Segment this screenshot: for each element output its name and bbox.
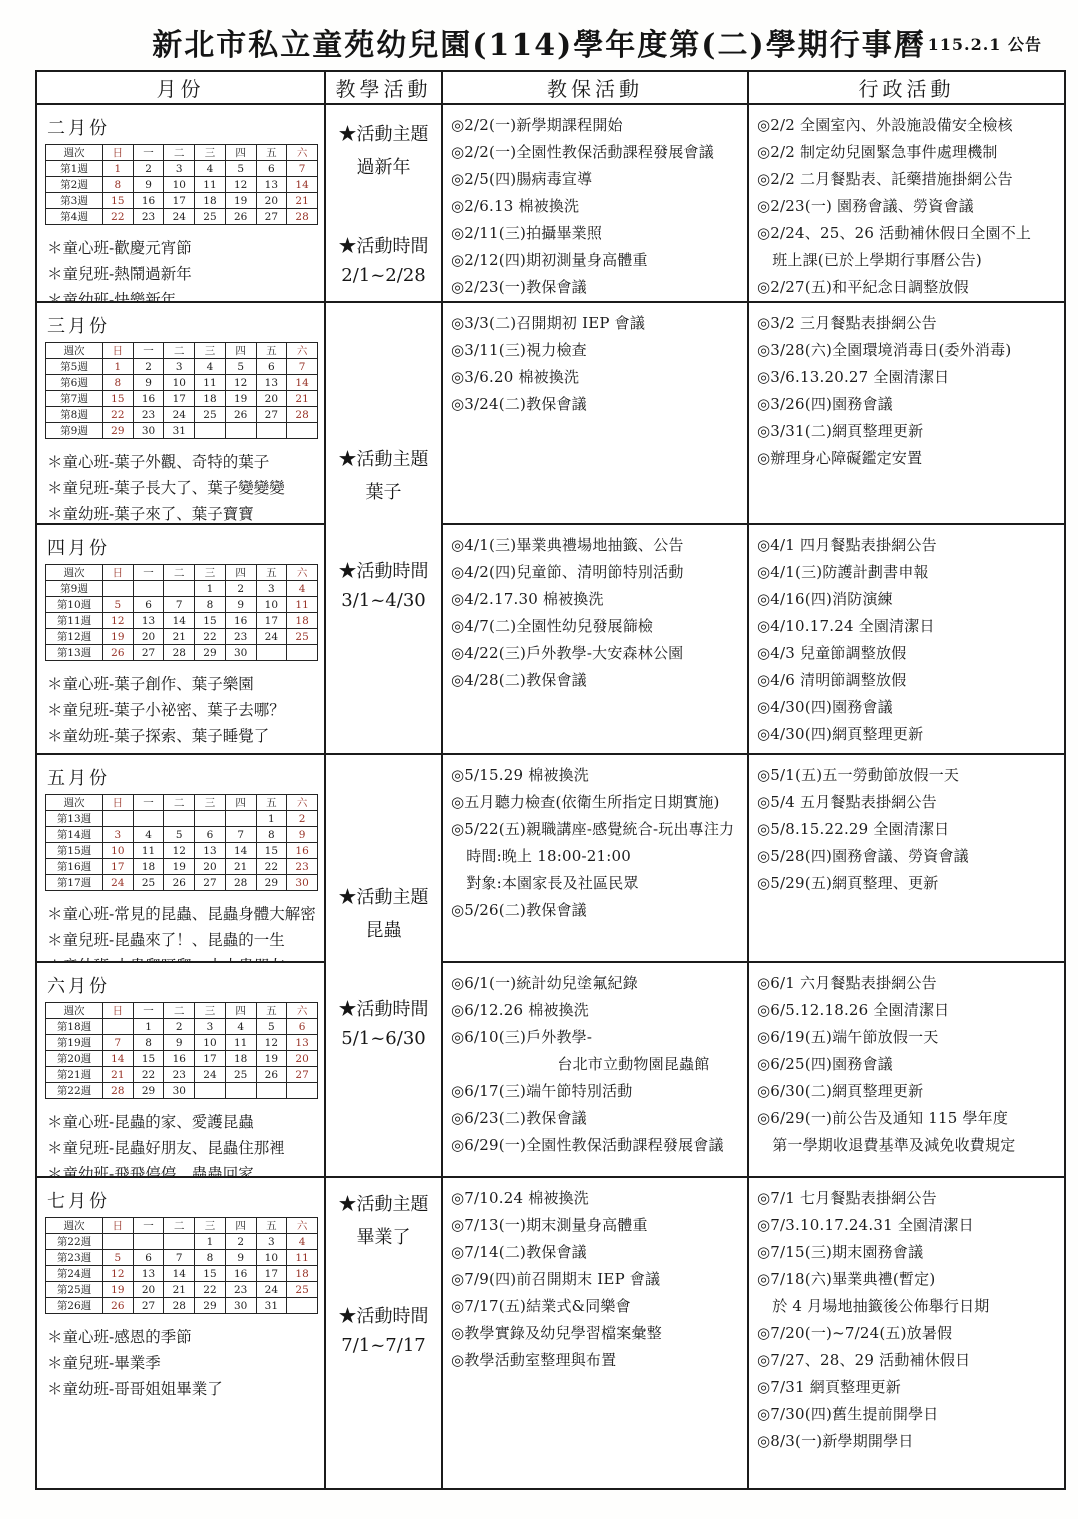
admin-activity-item: ◎辦理身心障礙鑑定安置	[757, 445, 1061, 472]
mini-calendar-header-row: 週次日一二三四五六	[46, 1003, 318, 1019]
mini-calendar: 週次日一二三四五六第5週1234567第6週891011121314第7週151…	[45, 342, 318, 439]
day-column-header: 六	[287, 565, 318, 581]
care-activity-item: ◎3/24(二)教保會議	[451, 391, 744, 418]
calendar-day	[133, 581, 164, 597]
calendar-day: 12	[164, 843, 195, 859]
teaching-activity-cell: ★活動主題過新年★活動時間2/1~2/28	[326, 105, 443, 303]
day-column-header: 三	[195, 1003, 226, 1019]
calendar-day: 18	[287, 1266, 318, 1282]
calendar-week-row: 第9週293031	[46, 423, 318, 439]
day-column-header: 三	[195, 795, 226, 811]
month-name: 四月份	[47, 534, 317, 560]
month-name: 六月份	[47, 972, 317, 998]
calendar-day: 26	[225, 209, 256, 225]
class-theme-note: ＊童兒班-熱鬧過新年	[47, 261, 317, 287]
calendar-week-row: 第12週19202122232425	[46, 629, 318, 645]
teaching-activity-cell: ★活動主題畢業了★活動時間7/1~7/17	[326, 1178, 443, 1488]
calendar-day	[164, 811, 195, 827]
calendar-day: 28	[225, 875, 256, 891]
day-column-header: 二	[164, 343, 195, 359]
activity-theme-label: ★活動主題	[339, 120, 429, 146]
calendar-week-row: 第14週3456789	[46, 827, 318, 843]
calendar-day: 6	[195, 827, 226, 843]
calendar-day: 3	[256, 1234, 287, 1250]
calendar-day: 8	[256, 827, 287, 843]
calendar-day: 31	[164, 423, 195, 439]
calendar-day: 17	[195, 1051, 226, 1067]
day-column-header: 一	[133, 1003, 164, 1019]
calendar-day: 9	[287, 827, 318, 843]
calendar-day: 11	[225, 1035, 256, 1051]
calendar-day: 18	[133, 859, 164, 875]
class-theme-note: ＊童幼班-小蟲爬呀爬、小小蟲朋友	[47, 953, 317, 963]
calendar-day: 10	[256, 597, 287, 613]
calendar-day: 18	[195, 193, 226, 209]
admin-activities-cell: ◎7/1 七月餐點表掛網公告◎7/3.10.17.24.31 全園清潔日◎7/1…	[749, 1178, 1064, 1488]
calendar-day: 4	[225, 1019, 256, 1035]
calendar-day: 28	[164, 1298, 195, 1314]
week-label: 第13週	[46, 645, 103, 661]
calendar-day: 22	[133, 1067, 164, 1083]
class-theme-note: ＊童幼班-葉子來了、葉子寶寶	[47, 501, 317, 525]
day-column-header: 四	[225, 1218, 256, 1234]
calendar-day: 16	[164, 1051, 195, 1067]
calendar-day: 9	[225, 597, 256, 613]
calendar-day: 28	[164, 645, 195, 661]
calendar-day: 24	[164, 407, 195, 423]
calendar-week-row: 第15週10111213141516	[46, 843, 318, 859]
class-theme-note: ＊童幼班-葉子探索、葉子睡覺了	[47, 723, 317, 749]
admin-activity-item: ◎7/1 七月餐點表掛網公告	[757, 1185, 1061, 1212]
care-activity-item: ◎3/6.20 棉被換洗	[451, 364, 744, 391]
day-column-header: 日	[103, 343, 134, 359]
calendar-day	[225, 811, 256, 827]
admin-activities-cell: ◎3/2 三月餐點表掛網公告◎3/28(六)全園環境消毒日(委外消毒)◎3/6.…	[749, 303, 1064, 525]
care-activity-item: ◎2/12(四)期初測量身高體重	[451, 247, 744, 274]
week-label: 第25週	[46, 1282, 103, 1298]
class-theme-note: ＊童兒班-昆蟲好朋友、昆蟲住那裡	[47, 1135, 317, 1161]
calendar-day: 2	[164, 1019, 195, 1035]
calendar-day: 14	[287, 177, 318, 193]
calendar-day	[103, 1019, 134, 1035]
calendar-day	[103, 811, 134, 827]
calendar-week-row: 第2週891011121314	[46, 177, 318, 193]
day-column-header: 六	[287, 1218, 318, 1234]
calendar-week-row: 第9週1234	[46, 581, 318, 597]
day-column-header: 日	[103, 145, 134, 161]
activity-theme-label: ★活動主題	[339, 883, 429, 909]
calendar-day	[225, 1083, 256, 1099]
calendar-day: 11	[133, 843, 164, 859]
calendar-day: 4	[195, 161, 226, 177]
calendar-day: 25	[225, 1067, 256, 1083]
admin-activity-item: ◎4/1(三)防護計劃書申報	[757, 559, 1061, 586]
calendar-day: 15	[103, 391, 134, 407]
calendar-day: 7	[287, 359, 318, 375]
class-theme-notes: ＊童心班-葉子外觀、奇特的葉子＊童兒班-葉子長大了、葉子變變變＊童幼班-葉子來了…	[47, 449, 317, 525]
calendar-week-row: 第22週1234	[46, 1234, 318, 1250]
admin-activity-item: ◎5/8.15.22.29 全園清潔日	[757, 816, 1061, 843]
calendar-week-row: 第13週12	[46, 811, 318, 827]
day-column-header: 六	[287, 145, 318, 161]
care-activities-cell: ◎6/1(一)統計幼兒塗氟紀錄◎6/12.26 棉被換洗◎6/10(三)戶外教學…	[443, 963, 749, 1178]
activity-time-label: ★活動時間	[339, 232, 429, 258]
week-column-header: 週次	[46, 565, 103, 581]
week-label: 第23週	[46, 1250, 103, 1266]
calendar-week-row: 第21週21222324252627	[46, 1067, 318, 1083]
care-activity-item: ◎7/14(二)教保會議	[451, 1239, 744, 1266]
day-column-header: 一	[133, 1218, 164, 1234]
calendar-day: 26	[225, 407, 256, 423]
class-theme-note: ＊童心班-常見的昆蟲、昆蟲身體大解密	[47, 901, 317, 927]
care-activity-item: ◎教學活動室整理與布置	[451, 1347, 744, 1374]
care-activity-item: ◎2/23(一)教保會議	[451, 274, 744, 301]
calendar-day: 4	[195, 359, 226, 375]
care-activities-cell: ◎2/2(一)新學期課程開始◎2/2(一)全園性教保活動課程發展會議◎2/5(四…	[443, 105, 749, 303]
month-name: 二月份	[47, 114, 317, 140]
calendar-day: 27	[133, 1298, 164, 1314]
calendar-day: 1	[195, 581, 226, 597]
admin-activity-item: ◎7/27、28、29 活動補休假日	[757, 1347, 1061, 1374]
mini-calendar-header-row: 週次日一二三四五六	[46, 1218, 318, 1234]
week-label: 第9週	[46, 423, 103, 439]
activity-theme-value: 過新年	[357, 153, 411, 179]
day-column-header: 日	[103, 565, 134, 581]
class-theme-notes: ＊童心班-昆蟲的家、愛護昆蟲＊童兒班-昆蟲好朋友、昆蟲住那裡＊童幼班-飛飛停停、…	[47, 1109, 317, 1178]
schedule-table: 月份 教學活動 教保活動 行政活動 二月份週次日一二三四五六第1週1234567…	[35, 70, 1066, 1490]
calendar-day: 3	[195, 1019, 226, 1035]
calendar-day: 20	[256, 391, 287, 407]
column-header-care: 教保活動	[443, 72, 749, 105]
day-column-header: 六	[287, 1003, 318, 1019]
calendar-week-row: 第7週15161718192021	[46, 391, 318, 407]
week-column-header: 週次	[46, 145, 103, 161]
calendar-day: 16	[133, 391, 164, 407]
calendar-day: 28	[103, 1083, 134, 1099]
day-column-header: 六	[287, 343, 318, 359]
admin-activity-item: ◎2/2 二月餐點表、託藥措施掛網公告	[757, 166, 1061, 193]
calendar-day: 30	[287, 875, 318, 891]
calendar-day: 31	[256, 1298, 287, 1314]
day-column-header: 五	[256, 565, 287, 581]
calendar-day: 1	[103, 161, 134, 177]
admin-activity-item: ◎6/5.12.18.26 全園清潔日	[757, 997, 1061, 1024]
calendar-day: 23	[133, 209, 164, 225]
day-column-header: 五	[256, 795, 287, 811]
calendar-week-row: 第24週12131415161718	[46, 1266, 318, 1282]
class-theme-notes: ＊童心班-葉子創作、葉子樂園＊童兒班-葉子小祕密、葉子去哪？＊童幼班-葉子探索、…	[47, 671, 317, 749]
calendar-day: 14	[287, 375, 318, 391]
day-column-header: 六	[287, 795, 318, 811]
calendar-day: 18	[225, 1051, 256, 1067]
calendar-day: 1	[256, 811, 287, 827]
admin-activities-cell: ◎6/1 六月餐點表掛網公告◎6/5.12.18.26 全園清潔日◎6/19(五…	[749, 963, 1064, 1178]
calendar-day: 30	[133, 423, 164, 439]
week-label: 第7週	[46, 391, 103, 407]
calendar-day: 15	[195, 613, 226, 629]
day-column-header: 五	[256, 343, 287, 359]
calendar-week-row: 第17週24252627282930	[46, 875, 318, 891]
calendar-day: 4	[287, 581, 318, 597]
admin-activity-item: 第一學期收退費基準及減免收費規定	[757, 1132, 1061, 1159]
calendar-day: 27	[195, 875, 226, 891]
calendar-day: 24	[164, 209, 195, 225]
calendar-day: 9	[225, 1250, 256, 1266]
calendar-week-row: 第25週19202122232425	[46, 1282, 318, 1298]
week-column-header: 週次	[46, 1003, 103, 1019]
day-column-header: 二	[164, 1003, 195, 1019]
admin-activity-item: ◎3/26(四)園務會議	[757, 391, 1061, 418]
calendar-day: 22	[256, 859, 287, 875]
calendar-day: 26	[164, 875, 195, 891]
calendar-day: 9	[133, 375, 164, 391]
column-header-teaching: 教學活動	[326, 72, 443, 105]
care-activity-item: ◎6/10(三)戶外教學-	[451, 1024, 744, 1051]
admin-activities-cell: ◎4/1 四月餐點表掛網公告◎4/1(三)防護計劃書申報◎4/16(四)消防演練…	[749, 525, 1064, 755]
calendar-day	[164, 1234, 195, 1250]
admin-activity-item: ◎3/31(二)網頁整理更新	[757, 418, 1061, 445]
class-theme-note: ＊童幼班-哥哥姐姐畢業了	[47, 1376, 317, 1402]
care-activity-item: ◎6/1(一)統計幼兒塗氟紀錄	[451, 970, 744, 997]
day-column-header: 二	[164, 795, 195, 811]
calendar-day: 29	[195, 645, 226, 661]
calendar-day: 19	[103, 1282, 134, 1298]
care-activity-item: ◎7/13(一)期末測量身高體重	[451, 1212, 744, 1239]
calendar-day: 5	[225, 161, 256, 177]
calendar-day: 21	[164, 629, 195, 645]
week-label: 第9週	[46, 581, 103, 597]
calendar-day: 13	[256, 177, 287, 193]
care-activity-item: ◎4/2.17.30 棉被換洗	[451, 586, 744, 613]
week-label: 第1週	[46, 161, 103, 177]
week-label: 第13週	[46, 811, 103, 827]
class-theme-note: ＊童心班-昆蟲的家、愛護昆蟲	[47, 1109, 317, 1135]
activity-time-label: ★活動時間	[339, 1302, 429, 1328]
calendar-day: 4	[287, 1234, 318, 1250]
week-label: 第15週	[46, 843, 103, 859]
admin-activities-cell: ◎5/1(五)五一勞動節放假一天◎5/4 五月餐點表掛網公告◎5/8.15.22…	[749, 755, 1064, 963]
care-activity-item: ◎教學實錄及幼兒學習檔案彙整	[451, 1320, 744, 1347]
calendar-day: 12	[225, 177, 256, 193]
calendar-day	[256, 423, 287, 439]
calendar-day: 3	[164, 161, 195, 177]
week-label: 第16週	[46, 859, 103, 875]
care-activity-item: ◎2/2(一)新學期課程開始	[451, 112, 744, 139]
week-column-header: 週次	[46, 343, 103, 359]
activity-theme-value: 昆蟲	[366, 916, 402, 942]
admin-activity-item: ◎6/25(四)園務會議	[757, 1051, 1061, 1078]
week-label: 第2週	[46, 177, 103, 193]
calendar-day: 6	[133, 597, 164, 613]
calendar-day	[287, 1298, 318, 1314]
class-theme-note: ＊童幼班-飛飛停停、蟲蟲回家	[47, 1161, 317, 1178]
week-label: 第10週	[46, 597, 103, 613]
week-label: 第11週	[46, 613, 103, 629]
calendar-day: 24	[256, 1282, 287, 1298]
week-label: 第8週	[46, 407, 103, 423]
care-activity-item: ◎4/2(四)兒童節、清明節特別活動	[451, 559, 744, 586]
calendar-day: 23	[225, 1282, 256, 1298]
day-column-header: 四	[225, 795, 256, 811]
care-activity-item: ◎4/22(三)戶外教學-大安森林公園	[451, 640, 744, 667]
care-activity-item: 台北市立動物園昆蟲館	[451, 1051, 744, 1078]
calendar-day: 20	[133, 1282, 164, 1298]
admin-activity-item: ◎7/18(六)畢業典禮(暫定)	[757, 1266, 1061, 1293]
class-theme-note: ＊童心班-葉子外觀、奇特的葉子	[47, 449, 317, 475]
care-activities-cell: ◎5/15.29 棉被換洗◎五月聽力檢查(依衛生所指定日期實施)◎5/22(五)…	[443, 755, 749, 963]
admin-activity-item: ◎7/20(一)~7/24(五)放暑假	[757, 1320, 1061, 1347]
calendar-day: 2	[225, 1234, 256, 1250]
admin-activity-item: 於 4 月場地抽籤後公佈舉行日期	[757, 1293, 1061, 1320]
mini-calendar: 週次日一二三四五六第13週12第14週3456789第15週1011121314…	[45, 794, 318, 891]
month-cell: 二月份週次日一二三四五六第1週1234567第2週891011121314第3週…	[37, 105, 326, 303]
calendar-day: 7	[287, 161, 318, 177]
care-activity-item: ◎6/23(二)教保會議	[451, 1105, 744, 1132]
calendar-day: 2	[133, 359, 164, 375]
page-title: 新北市私立童苑幼兒園(114)學年度第(二)學期行事曆	[0, 20, 1078, 64]
admin-activities-cell: ◎2/2 全園室內、外設施設備安全檢核◎2/2 制定幼兒園緊急事件處理機制◎2/…	[749, 105, 1064, 303]
calendar-day: 3	[103, 827, 134, 843]
calendar-day: 10	[164, 177, 195, 193]
calendar-day: 27	[133, 645, 164, 661]
activity-time-label: ★活動時間	[339, 995, 429, 1021]
calendar-day: 6	[256, 161, 287, 177]
calendar-day: 17	[164, 391, 195, 407]
calendar-day: 28	[287, 209, 318, 225]
class-theme-notes: ＊童心班-感恩的季節＊童兒班-畢業季＊童幼班-哥哥姐姐畢業了	[47, 1324, 317, 1402]
calendar-day: 8	[103, 375, 134, 391]
day-column-header: 一	[133, 145, 164, 161]
calendar-day: 29	[256, 875, 287, 891]
calendar-day: 4	[133, 827, 164, 843]
admin-activity-item: ◎7/3.10.17.24.31 全園清潔日	[757, 1212, 1061, 1239]
calendar-day: 26	[103, 1298, 134, 1314]
day-column-header: 四	[225, 1003, 256, 1019]
activity-theme-label: ★活動主題	[339, 1190, 429, 1216]
calendar-day: 23	[133, 407, 164, 423]
day-column-header: 五	[256, 1218, 287, 1234]
calendar-day: 24	[103, 875, 134, 891]
calendar-day: 21	[164, 1282, 195, 1298]
admin-activity-item: ◎5/1(五)五一勞動節放假一天	[757, 762, 1061, 789]
day-column-header: 日	[103, 1003, 134, 1019]
calendar-day: 5	[103, 1250, 134, 1266]
admin-activity-item: ◎4/10.17.24 全園清潔日	[757, 613, 1061, 640]
calendar-week-row: 第22週282930	[46, 1083, 318, 1099]
calendar-day	[103, 1234, 134, 1250]
admin-activity-item: ◎5/28(四)園務會議、勞資會議	[757, 843, 1061, 870]
admin-activity-item: ◎4/16(四)消防演練	[757, 586, 1061, 613]
calendar-day: 22	[195, 629, 226, 645]
calendar-day: 18	[195, 391, 226, 407]
calendar-day: 27	[287, 1067, 318, 1083]
calendar-day: 26	[103, 645, 134, 661]
calendar-day: 15	[103, 193, 134, 209]
calendar-day: 16	[225, 613, 256, 629]
week-label: 第26週	[46, 1298, 103, 1314]
calendar-day: 25	[287, 1282, 318, 1298]
calendar-week-row: 第26週262728293031	[46, 1298, 318, 1314]
calendar-day: 26	[256, 1067, 287, 1083]
calendar-day: 8	[195, 1250, 226, 1266]
care-activity-item: ◎5/15.29 棉被換洗	[451, 762, 744, 789]
class-theme-note: ＊童兒班-昆蟲來了！、昆蟲的一生	[47, 927, 317, 953]
calendar-week-row: 第6週891011121314	[46, 375, 318, 391]
day-column-header: 三	[195, 565, 226, 581]
mini-calendar-header-row: 週次日一二三四五六	[46, 795, 318, 811]
calendar-day: 30	[225, 645, 256, 661]
calendar-day: 14	[164, 613, 195, 629]
admin-activity-item: ◎6/19(五)端午節放假一天	[757, 1024, 1061, 1051]
calendar-day: 11	[287, 597, 318, 613]
week-label: 第18週	[46, 1019, 103, 1035]
calendar-week-row: 第1週1234567	[46, 161, 318, 177]
admin-activity-item: ◎4/30(四)網頁整理更新	[757, 721, 1061, 748]
mini-calendar: 週次日一二三四五六第1週1234567第2週891011121314第3週151…	[45, 144, 318, 225]
mini-calendar: 週次日一二三四五六第18週123456第19週78910111213第20週14…	[45, 1002, 318, 1099]
admin-activity-item: ◎7/15(三)期末園務會議	[757, 1239, 1061, 1266]
day-column-header: 一	[133, 795, 164, 811]
calendar-day	[195, 423, 226, 439]
month-name: 三月份	[47, 312, 317, 338]
calendar-day: 10	[256, 1250, 287, 1266]
calendar-day: 27	[256, 209, 287, 225]
care-activity-item: 對象:本園家長及社區民眾	[451, 870, 744, 897]
calendar-day: 2	[287, 811, 318, 827]
month-name: 七月份	[47, 1187, 317, 1213]
calendar-day: 14	[103, 1051, 134, 1067]
calendar-day: 29	[103, 423, 134, 439]
class-theme-notes: ＊童心班-歡慶元宵節＊童兒班-熱鬧過新年＊童幼班-快樂新年	[47, 235, 317, 303]
calendar-day: 7	[225, 827, 256, 843]
calendar-day: 12	[225, 375, 256, 391]
calendar-day	[287, 423, 318, 439]
admin-activity-item: ◎2/24、25、26 活動補休假日全園不上	[757, 220, 1061, 247]
calendar-day: 6	[133, 1250, 164, 1266]
calendar-day: 19	[225, 391, 256, 407]
calendar-week-row: 第5週1234567	[46, 359, 318, 375]
calendar-week-row: 第19週78910111213	[46, 1035, 318, 1051]
class-theme-note: ＊童心班-葉子創作、葉子樂園	[47, 671, 317, 697]
class-theme-note: ＊童心班-歡慶元宵節	[47, 235, 317, 261]
calendar-week-row: 第10週567891011	[46, 597, 318, 613]
care-activity-item: ◎2/5(四)腸病毒宣導	[451, 166, 744, 193]
admin-activity-item: ◎6/1 六月餐點表掛網公告	[757, 970, 1061, 997]
admin-activity-item: ◎3/6.13.20.27 全園清潔日	[757, 364, 1061, 391]
calendar-day	[164, 581, 195, 597]
week-label: 第5週	[46, 359, 103, 375]
calendar-day: 15	[195, 1266, 226, 1282]
care-activity-item: ◎3/3(二)召開期初 IEP 會議	[451, 310, 744, 337]
week-label: 第17週	[46, 875, 103, 891]
calendar-day: 13	[133, 613, 164, 629]
calendar-day: 19	[225, 193, 256, 209]
day-column-header: 日	[103, 1218, 134, 1234]
mini-calendar: 週次日一二三四五六第22週1234第23週567891011第24週121314…	[45, 1217, 318, 1314]
teaching-activity-cell: ★活動主題葉子★活動時間3/1~4/30	[326, 303, 443, 755]
calendar-day: 20	[195, 859, 226, 875]
calendar-day: 9	[164, 1035, 195, 1051]
month-cell: 七月份週次日一二三四五六第22週1234第23週567891011第24週121…	[37, 1178, 326, 1488]
admin-activity-item: ◎4/6 清明節調整放假	[757, 667, 1061, 694]
calendar-day: 20	[133, 629, 164, 645]
calendar-day: 5	[256, 1019, 287, 1035]
teaching-activity-cell: ★活動主題昆蟲★活動時間5/1~6/30	[326, 755, 443, 1178]
care-activity-item: ◎6/17(三)端午節特別活動	[451, 1078, 744, 1105]
activity-time-value: 5/1~6/30	[341, 1028, 425, 1049]
care-activity-item: ◎2/11(三)拍攝畢業照	[451, 220, 744, 247]
calendar-day: 30	[164, 1083, 195, 1099]
